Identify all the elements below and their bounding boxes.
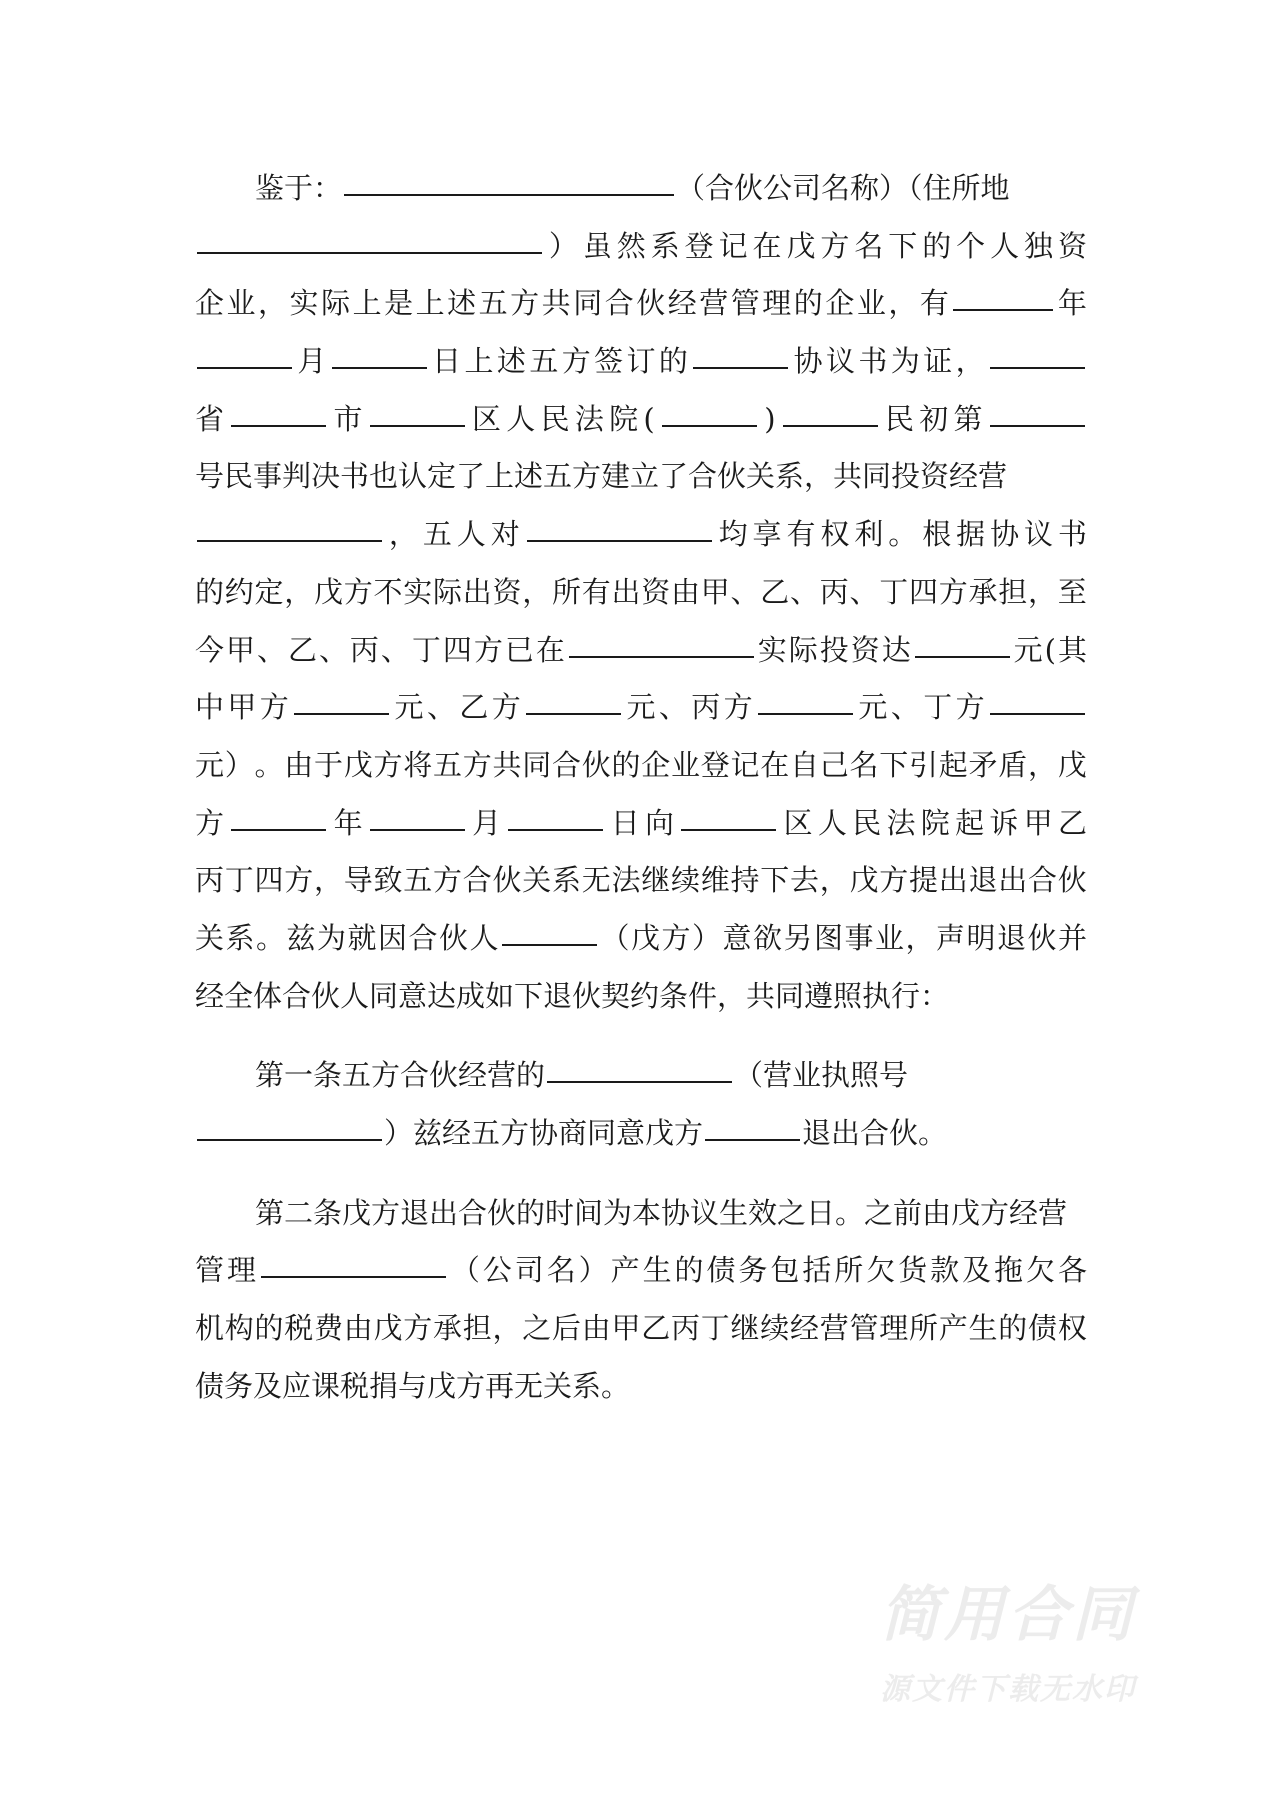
- text-char: 理: [879, 1300, 908, 1358]
- text-char: 丁: [412, 622, 441, 680]
- text-char: 欲: [753, 910, 782, 968]
- text-char: 名: [850, 737, 879, 795]
- text-char: 、: [659, 679, 688, 737]
- text-char: 管: [731, 275, 760, 333]
- text-char: 退: [969, 852, 998, 910]
- text-char: 所: [552, 564, 581, 622]
- fill-in-blank[interactable]: [508, 805, 603, 831]
- text-char: 的: [612, 737, 641, 795]
- text-char: 人: [470, 910, 499, 968]
- text-char: 企: [825, 275, 854, 333]
- text-char: 由: [671, 564, 700, 622]
- text-char: ，: [820, 852, 849, 910]
- text-char: 继: [641, 852, 670, 910]
- text-char: 续: [760, 1300, 789, 1358]
- text-line: 企业，实际上是上述五方共同合伙经营管理的企业，有年: [195, 275, 1087, 333]
- text-char: 人: [818, 795, 847, 853]
- text-char: 图: [814, 910, 843, 968]
- text-char: 出: [998, 852, 1027, 910]
- text-char: 五: [433, 737, 462, 795]
- text-char: 包: [770, 1242, 799, 1300]
- text-char: 戊: [1058, 737, 1087, 795]
- text-char: 元: [195, 737, 224, 795]
- text-char: 业: [671, 737, 700, 795]
- text-segment: 月: [297, 333, 326, 391]
- fill-in-blank[interactable]: [370, 401, 465, 427]
- text-char: 的: [998, 1300, 1027, 1358]
- fill-in-blank[interactable]: [231, 805, 326, 831]
- text-segment: （合伙公司名称）（住所地: [676, 160, 1010, 218]
- text-char: 务: [738, 1242, 767, 1300]
- text-line: 经全体合伙人同意达成如下退伙契约条件，共同遵照执行：: [195, 968, 1087, 1026]
- text-char: 经: [668, 275, 697, 333]
- text-char: ，: [1028, 564, 1057, 622]
- text-char: 方: [956, 679, 985, 737]
- text-char: 。: [255, 737, 284, 795]
- text-char: 向: [645, 795, 674, 853]
- text-char: 区: [784, 795, 813, 853]
- text-char: 方: [661, 910, 690, 968]
- text-segment: 号民事判决书也认定了上述五方建立了合伙关系，共同投资经营: [195, 448, 1007, 506]
- text-char: 下: [888, 218, 917, 276]
- text-char: 方: [344, 564, 373, 622]
- text-char: 方: [939, 564, 968, 622]
- text-char: ）: [549, 218, 578, 276]
- text-char: 伙: [636, 275, 665, 333]
- text-char: 提: [909, 852, 938, 910]
- text-segment: 经全体合伙人同意达成如下退伙契约条件，共同遵照执行：: [195, 968, 949, 1026]
- text-line: 鉴于：（合伙公司名称）（住所地: [195, 160, 1087, 218]
- text-char: 在: [536, 622, 565, 680]
- text-char: 实: [290, 275, 319, 333]
- text-char: ，: [522, 564, 551, 622]
- text-char: 述: [497, 333, 526, 391]
- document-page: 鉴于：（合伙公司名称）（住所地）虽然系登记在戊方名下的个人独资企业，实际上是上述…: [0, 0, 1280, 1810]
- text-char: 债: [1028, 1300, 1057, 1358]
- text-char: 去: [790, 852, 819, 910]
- text-char: 产: [939, 1300, 968, 1358]
- fill-in-blank[interactable]: [370, 805, 465, 831]
- text-char: 欠: [1026, 1242, 1055, 1300]
- fill-in-blank[interactable]: [569, 632, 754, 658]
- text-char: 、: [381, 622, 410, 680]
- text-char: 承: [433, 1300, 462, 1358]
- text-char: 为: [891, 333, 920, 391]
- text-char: 的: [675, 1242, 704, 1300]
- text-char: 均: [719, 506, 748, 564]
- text-char: 意: [722, 910, 751, 968]
- text-char: 管: [850, 1300, 879, 1358]
- text-char: 方: [510, 275, 539, 333]
- text-char: 已: [505, 622, 534, 680]
- text-char: 丁: [879, 564, 908, 622]
- text-segment: 第二条戊方退出合伙的时间为本协议生效之日。之前由戊方经营: [255, 1185, 1067, 1243]
- text-char: 继: [731, 1300, 760, 1358]
- text-char: ）: [225, 737, 254, 795]
- text-char: 由: [284, 737, 313, 795]
- text-segment: 月: [472, 795, 501, 853]
- fill-in-blank[interactable]: [197, 516, 382, 542]
- text-char: 人: [457, 506, 486, 564]
- text-char: 协: [794, 333, 823, 391]
- text-char: 将: [403, 737, 432, 795]
- text-char: 资: [1058, 218, 1087, 276]
- text-char: ，: [956, 333, 985, 391]
- text-char: 下: [879, 737, 908, 795]
- text-char: 资: [641, 564, 670, 622]
- text-char: 法: [612, 852, 641, 910]
- text-char: 维: [701, 852, 730, 910]
- text-char: 盾: [998, 737, 1027, 795]
- fill-in-blank[interactable]: [344, 170, 674, 196]
- text-char: 方: [374, 737, 403, 795]
- fill-in-blank[interactable]: [990, 689, 1085, 715]
- text-char: 企: [641, 737, 670, 795]
- text-char: 方: [403, 1300, 432, 1358]
- text-line: ）虽然系登记在戊方名下的个人独资: [195, 218, 1087, 276]
- paragraph: 第二条戊方退出合伙的时间为本协议生效之日。之前由戊方经营管理（公司名）产生的债务…: [195, 1185, 1087, 1416]
- text-char: 五: [529, 333, 558, 391]
- text-char: 订: [626, 333, 655, 391]
- text-char: 实: [403, 564, 432, 622]
- text-char: 所: [834, 1242, 863, 1300]
- text-char: 五: [479, 275, 508, 333]
- text-char: 书: [858, 333, 887, 391]
- text-line: 月日上述五方签订的协议书为证，: [195, 333, 1087, 391]
- text-char: 及: [962, 1242, 991, 1300]
- text-char: 税: [284, 1300, 313, 1358]
- text-char: 合: [552, 737, 581, 795]
- text-char: ，: [888, 275, 917, 333]
- text-char: 退: [997, 910, 1026, 968]
- text-char: 出: [463, 564, 492, 622]
- text-line: 债务及应课税捐与戊方再无关系。: [195, 1358, 1087, 1416]
- text-char: 由: [582, 1300, 611, 1358]
- text-char: 致: [374, 852, 403, 910]
- text-char: ，: [314, 852, 343, 910]
- text-segment: 鉴于：: [255, 160, 342, 218]
- fill-in-blank[interactable]: [693, 343, 788, 369]
- text-char: 资: [851, 622, 880, 680]
- text-char: 、: [427, 679, 456, 737]
- text-char: 乙: [459, 679, 488, 737]
- text-char: 、: [850, 564, 879, 622]
- text-char: 己: [820, 737, 849, 795]
- text-char: ，: [1028, 737, 1057, 795]
- text-char: 承: [969, 564, 998, 622]
- text-char: ，: [493, 1300, 522, 1358]
- text-char: 五: [403, 852, 432, 910]
- text-char: 方: [492, 679, 521, 737]
- text-char: 民: [852, 795, 881, 853]
- text-char: 定: [255, 564, 284, 622]
- text-char: 元: [626, 679, 655, 737]
- text-char: 法: [575, 391, 604, 449]
- text-char: 括: [802, 1242, 831, 1300]
- text-char: 人: [990, 218, 1019, 276]
- document-body: 鉴于：（合伙公司名称）（住所地）虽然系登记在戊方名下的个人独资企业，实际上是上述…: [195, 160, 1087, 1437]
- text-char: 系: [651, 218, 680, 276]
- text-char: 下: [760, 852, 789, 910]
- text-char: 是: [384, 275, 413, 333]
- text-char: 企: [195, 275, 224, 333]
- text-char: 公: [483, 1242, 512, 1300]
- text-char: 、: [257, 622, 286, 680]
- text-char: 所: [909, 1300, 938, 1358]
- text-char: 理: [227, 1242, 256, 1300]
- text-line: 号民事判决书也认定了上述五方建立了合伙关系，共同投资经营: [195, 448, 1087, 506]
- text-line: 丙丁四方，导致五方合伙关系无法继续维持下去，戊方提出退出合伙: [195, 852, 1087, 910]
- text-char: 丙: [195, 852, 224, 910]
- text-char: ）: [579, 1242, 608, 1300]
- text-char: 系: [226, 910, 255, 968]
- fill-in-blank[interactable]: [197, 343, 292, 369]
- text-segment: 市: [334, 391, 363, 449]
- text-char: 丁: [225, 852, 254, 910]
- text-char: 关: [195, 910, 224, 968]
- text-line: 方年月日向区人民法院起诉甲乙: [195, 795, 1087, 853]
- text-char: 甲: [226, 622, 255, 680]
- text-char: 民: [885, 391, 914, 449]
- watermark-brand: 简用合同: [880, 1580, 1200, 1650]
- text-segment: 第一条五方合伙经营的: [255, 1047, 545, 1105]
- text-char: 之: [522, 1300, 551, 1358]
- text-char: 、: [731, 564, 760, 622]
- text-char: 合: [1028, 852, 1057, 910]
- text-char: 甲: [227, 679, 256, 737]
- text-char: 戊: [786, 218, 815, 276]
- text-char: 四: [255, 852, 284, 910]
- text-segment: （营业执照号: [734, 1047, 908, 1105]
- fill-in-blank[interactable]: [953, 285, 1053, 311]
- text-char: 、: [891, 679, 920, 737]
- fill-in-blank[interactable]: [915, 632, 1010, 658]
- text-char: 根: [922, 506, 951, 564]
- text-char: 甲: [612, 1300, 641, 1358]
- text-char: 的: [659, 333, 688, 391]
- text-char: 出: [612, 564, 641, 622]
- text-segment: 年: [334, 795, 363, 853]
- text-char: 事: [844, 910, 873, 968]
- text-char: 业: [875, 910, 904, 968]
- text-line: 第一条五方合伙经营的（营业执照号: [195, 1047, 1087, 1105]
- text-char: 对: [491, 506, 520, 564]
- fill-in-blank[interactable]: [705, 1115, 800, 1141]
- text-line: 管理（公司名）产生的债务包括所欠货款及拖欠各: [195, 1242, 1087, 1300]
- fill-in-blank[interactable]: [758, 689, 853, 715]
- text-char: 戊: [374, 1300, 403, 1358]
- text-char: 续: [671, 852, 700, 910]
- text-char: 自: [790, 737, 819, 795]
- text-char: 管: [195, 1242, 224, 1300]
- fill-in-blank[interactable]: [197, 1115, 382, 1141]
- text-char: 四: [909, 564, 938, 622]
- text-char: 协: [990, 506, 1019, 564]
- text-char: 另: [783, 910, 812, 968]
- text-char: 担: [463, 1300, 492, 1358]
- text-char: 机: [195, 1300, 224, 1358]
- text-char: 述: [447, 275, 476, 333]
- text-char: 的: [922, 218, 951, 276]
- text-char: 丙: [820, 564, 849, 622]
- text-char: 投: [820, 622, 849, 680]
- text-char: 生: [969, 1300, 998, 1358]
- fill-in-blank[interactable]: [332, 343, 427, 369]
- text-line: 元）。由于戊方将五方共同合伙的企业登记在自己名下引起矛盾，戊: [195, 737, 1087, 795]
- text-segment: 方: [195, 795, 224, 853]
- text-char: 人: [506, 391, 535, 449]
- text-char: 法: [887, 795, 916, 853]
- text-line: 第二条戊方退出合伙的时间为本协议生效之日。之前由戊方经营: [195, 1185, 1087, 1243]
- text-char: 丙: [350, 622, 379, 680]
- text-char: 伙: [1027, 910, 1056, 968]
- text-char: 然: [617, 218, 646, 276]
- text-char: 方: [463, 737, 492, 795]
- fill-in-blank[interactable]: [294, 689, 389, 715]
- text-char: 院: [609, 391, 638, 449]
- text-char: 经: [790, 1300, 819, 1358]
- fill-in-blank[interactable]: [990, 401, 1085, 427]
- fill-in-blank[interactable]: [231, 401, 326, 427]
- text-char: ，: [284, 564, 313, 622]
- text-char: 明: [966, 910, 995, 968]
- text-char: 方: [562, 333, 591, 391]
- text-char: 证: [923, 333, 952, 391]
- text-char: 上: [465, 333, 494, 391]
- fill-in-blank[interactable]: [547, 1057, 732, 1083]
- text-char: 诉: [989, 795, 1018, 853]
- text-char: 理: [762, 275, 791, 333]
- text-char: 名: [854, 218, 883, 276]
- text-char: 导: [344, 852, 373, 910]
- paragraph: 鉴于：（合伙公司名称）（住所地）虽然系登记在戊方名下的个人独资企业，实际上是上述…: [195, 160, 1087, 1025]
- text-char: 关: [522, 852, 551, 910]
- text-char: 乙: [641, 1300, 670, 1358]
- watermark-tagline: 源文件下载无水印: [880, 1668, 1200, 1712]
- text-char: 日: [611, 795, 640, 853]
- text-char: 债: [706, 1242, 735, 1300]
- text-char: 至: [1058, 564, 1087, 622]
- fill-in-blank[interactable]: [502, 920, 597, 946]
- text-char: 初: [919, 391, 948, 449]
- text-char: 上: [416, 275, 445, 333]
- text-char: 各: [1058, 1242, 1087, 1300]
- text-char: 方: [820, 218, 849, 276]
- text-char: 际: [321, 275, 350, 333]
- text-char: 业: [857, 275, 886, 333]
- text-char: 。: [256, 910, 285, 968]
- text-char: 担: [998, 564, 1027, 622]
- fill-in-blank[interactable]: [197, 228, 542, 254]
- text-char: ，: [389, 506, 418, 564]
- text-char: （: [600, 910, 629, 968]
- fill-in-blank[interactable]: [526, 689, 621, 715]
- text-char: 中: [195, 679, 224, 737]
- text-char: 、: [319, 622, 348, 680]
- text-char: 费: [314, 1300, 343, 1358]
- text-char: 记: [731, 737, 760, 795]
- text-char: 共: [542, 275, 571, 333]
- text-char: 际: [433, 564, 462, 622]
- text-char: 个: [956, 218, 985, 276]
- text-char: 司: [515, 1242, 544, 1300]
- text-char: (: [1045, 622, 1056, 680]
- text-char: 戊: [344, 737, 373, 795]
- text-char: 丁: [701, 1300, 730, 1358]
- fill-in-blank[interactable]: [783, 401, 878, 427]
- watermark: 简用合同 源文件下载无水印: [880, 1580, 1200, 1712]
- text-segment: 退出合伙。: [802, 1105, 947, 1163]
- text-line: 机构的税费由戊方承担，之后由甲乙丙丁继续经营管理所产生的债权: [195, 1300, 1087, 1358]
- text-char: 伙: [1058, 852, 1087, 910]
- text-char: 起: [939, 737, 968, 795]
- text-char: 为: [317, 910, 346, 968]
- text-char: 于: [314, 737, 343, 795]
- text-char: 乙: [760, 564, 789, 622]
- text-char: 伙: [493, 852, 522, 910]
- text-char: 共: [493, 737, 522, 795]
- text-char: 区: [472, 391, 501, 449]
- text-char: 在: [760, 737, 789, 795]
- text-char: 方: [433, 852, 462, 910]
- text-char: ）: [692, 910, 721, 968]
- text-char: 合: [463, 852, 492, 910]
- text-char: 生: [643, 1242, 672, 1300]
- text-char: 货: [898, 1242, 927, 1300]
- text-line: ）兹经五方协商同意戊方退出合伙。: [195, 1105, 1087, 1163]
- text-char: 甲: [1024, 795, 1053, 853]
- text-char: ，: [258, 275, 287, 333]
- text-char: 有: [582, 564, 611, 622]
- fill-in-blank[interactable]: [662, 401, 757, 427]
- text-char: 丙: [691, 679, 720, 737]
- text-char: 方: [724, 679, 753, 737]
- fill-in-blank[interactable]: [527, 516, 712, 542]
- fill-in-blank[interactable]: [261, 1252, 446, 1278]
- text-char: 据: [956, 506, 985, 564]
- text-char: 权: [820, 506, 849, 564]
- text-char: 今: [195, 622, 224, 680]
- text-char: 五: [423, 506, 452, 564]
- fill-in-blank[interactable]: [990, 343, 1085, 369]
- text-char: 书: [1058, 506, 1087, 564]
- text-char: 后: [552, 1300, 581, 1358]
- text-char: 的: [255, 1300, 284, 1358]
- text-char: 伙: [582, 737, 611, 795]
- text-char: 在: [753, 218, 782, 276]
- text-char: 元: [1014, 622, 1043, 680]
- text-char: 乙: [1058, 795, 1087, 853]
- text-char: 欠: [866, 1242, 895, 1300]
- text-char: 资: [493, 564, 522, 622]
- text-char: 享: [753, 506, 782, 564]
- text-char: 独: [1024, 218, 1053, 276]
- text-char: 方: [474, 622, 503, 680]
- fill-in-blank[interactable]: [681, 805, 776, 831]
- text-line: 省市区人民法院()民初第: [195, 391, 1087, 449]
- text-char: 持: [731, 852, 760, 910]
- text-char: （: [451, 1242, 480, 1300]
- paragraph: 第一条五方合伙经营的（营业执照号）兹经五方协商同意戊方退出合伙。: [195, 1047, 1087, 1162]
- text-char: 的: [794, 275, 823, 333]
- text-char: 声: [936, 910, 965, 968]
- text-char: 款: [930, 1242, 959, 1300]
- text-char: ，: [905, 910, 934, 968]
- text-char: 日: [432, 333, 461, 391]
- text-char: 引: [909, 737, 938, 795]
- text-char: 合: [409, 910, 438, 968]
- text-char: 记: [719, 218, 748, 276]
